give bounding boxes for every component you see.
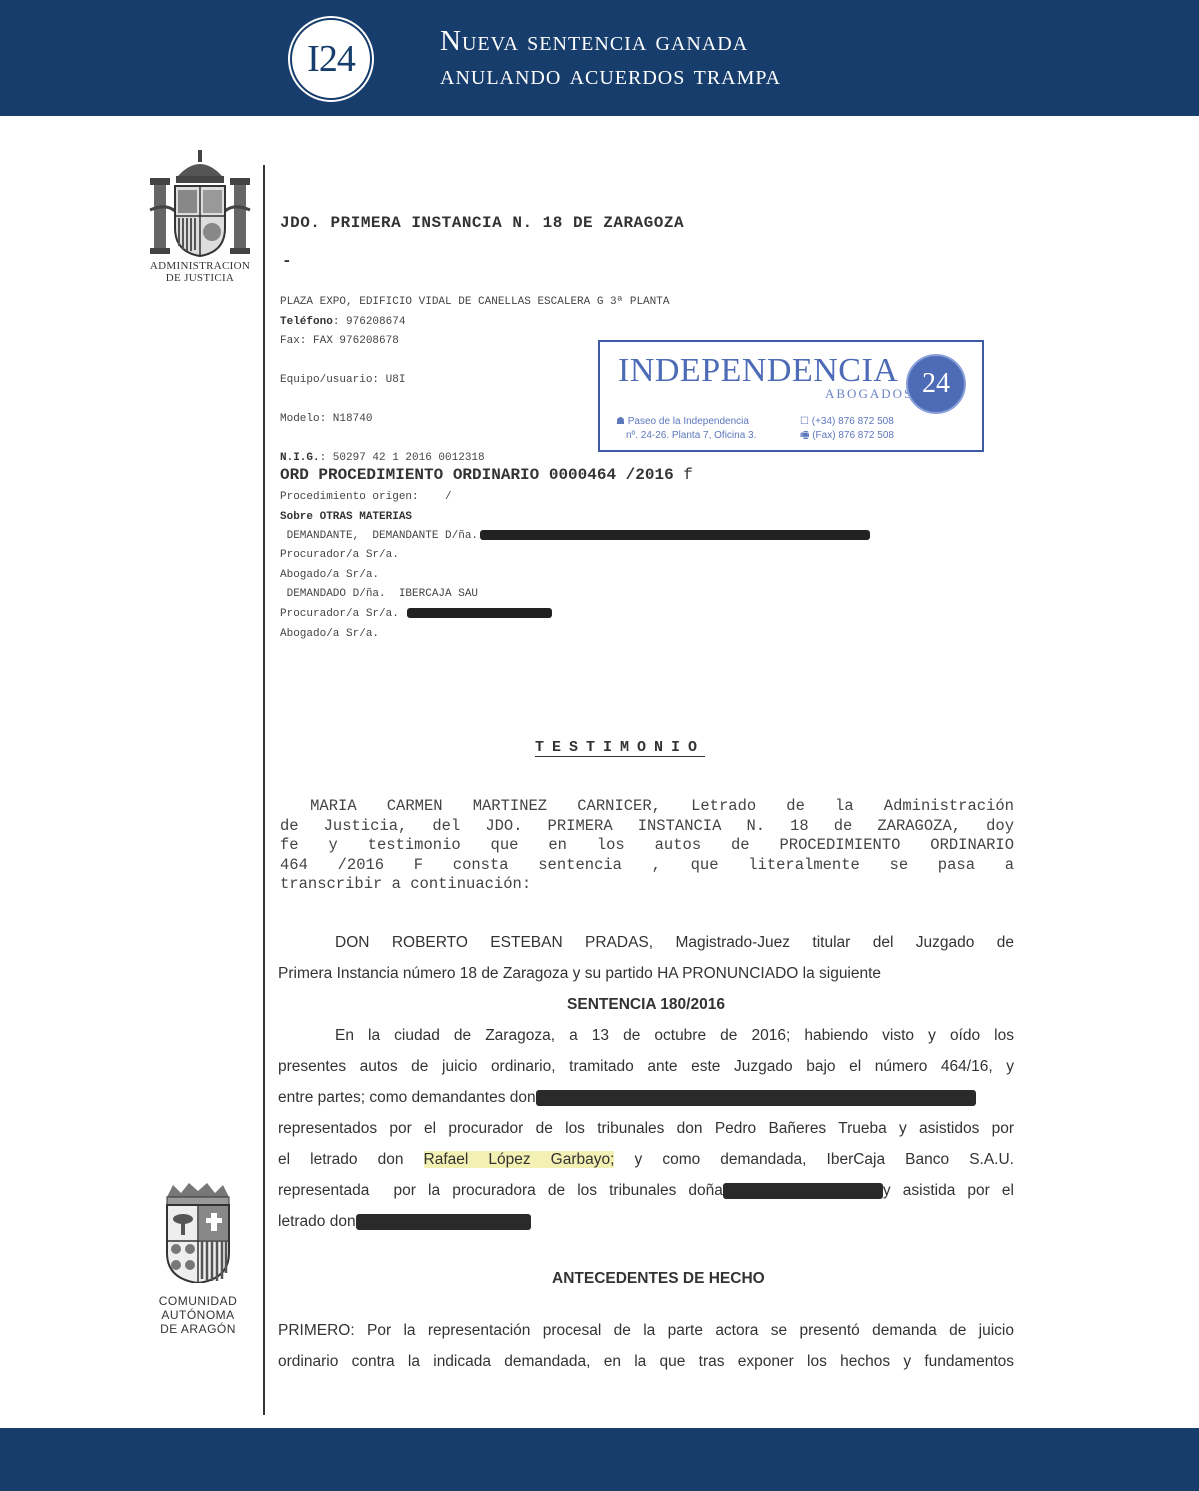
equipo-line: Equipo/usuario: U8I (280, 374, 405, 386)
testimonio-line: de Justicia, del JDO. PRIMERA INSTANCIA … (280, 817, 1014, 837)
caption-line: COMUNIDAD (150, 1294, 246, 1308)
headline-line-1: Nueva sentencia ganada (440, 24, 781, 58)
caption-line: AUTÓNOMA (150, 1308, 246, 1322)
sentencia-line: el letrado don Rafael López Garbayo; y c… (278, 1144, 1014, 1175)
testimonio-paragraph: MARIA CARMEN MARTINEZ CARNICER, Letrado … (280, 797, 1014, 895)
procedimiento-number: ORD PROCEDIMIENTO ORDINARIO 0000464 /201… (280, 466, 674, 484)
stamp-phone: ☐ (+34) 876 872 508 (800, 415, 894, 429)
testimonio-heading: TESTIMONIO (535, 739, 705, 756)
letrado-label: letrado don (278, 1213, 356, 1230)
highlighted-lawyer-name: Rafael López Garbayo; (424, 1151, 615, 1168)
procurador-line-2: Procurador/a Sr/a. (280, 608, 552, 620)
procedimiento-suffix: f (674, 466, 693, 484)
letrado-label: el letrado don (278, 1151, 424, 1168)
crest-caption-aragon: COMUNIDAD AUTÓNOMA DE ARAGÓN (150, 1294, 246, 1336)
caption-line: DE ARAGÓN (150, 1322, 246, 1336)
telefono-label: Teléfono (280, 316, 333, 328)
seal-number: 24 (922, 368, 950, 400)
procedimiento-origen: Procedimiento origen: / (280, 491, 452, 503)
testimonio-line: 464 /2016 F consta sentencia , que liter… (280, 856, 1014, 876)
testimonio-line: transcribir a continuación: (280, 875, 1014, 895)
court-address: PLAZA EXPO, EDIFICIO VIDAL DE CANELLAS E… (280, 296, 669, 308)
caption-line: DE JUSTICIA (145, 272, 255, 284)
aragon-crest: COMUNIDAD AUTÓNOMA DE ARAGÓN (150, 1183, 246, 1336)
demandado-line: DEMANDADO D/ña. IBERCAJA SAU (280, 588, 478, 600)
sentencia-line: Primera Instancia número 18 de Zaragoza … (278, 958, 1014, 989)
stamp-phones: ☐ (+34) 876 872 508 🖷 (Fax) 876 872 508 (800, 415, 894, 443)
nig-label: N.I.G. (280, 452, 320, 464)
procurador-line-1: Procurador/a Sr/a. (280, 549, 399, 561)
administracion-justicia-crest: ADMINISTRACION DE JUSTICIA (145, 148, 255, 288)
sentencia-intro: DON ROBERTO ESTEBAN PRADAS, Magistrado-J… (278, 927, 1014, 1237)
i24-logo: I24 (290, 18, 372, 100)
aragon-coat-of-arms-icon (163, 1183, 233, 1283)
stamp-address-line: nº. 24-26. Planta 7, Oficina 3. (616, 429, 756, 443)
sentencia-line: representados por el procurador de los t… (278, 1113, 1014, 1144)
margin-rule (263, 165, 265, 1415)
telefono-line: Teléfono: 976208674 (280, 316, 405, 328)
primero-line: ordinario contra la indicada demandada, … (278, 1346, 1014, 1377)
primero-paragraph: PRIMERO: Por la representación procesal … (278, 1315, 1014, 1377)
telefono-value: : 976208674 (333, 316, 406, 328)
bottom-banner (0, 1428, 1199, 1491)
redacted-block (536, 1090, 976, 1106)
redacted-block (480, 530, 870, 540)
court-title: JDO. PRIMERA INSTANCIA N. 18 DE ZARAGOZA (280, 214, 684, 232)
top-banner: I24 Nueva sentencia ganada anulando acue… (0, 0, 1199, 116)
stamp-address-line: ☗ Paseo de la Independencia (616, 415, 756, 429)
sentencia-line: letrado don (278, 1206, 1014, 1237)
nig-line: N.I.G.: 50297 42 1 2016 0012318 (280, 452, 485, 464)
asistida-text: y asistida por el (883, 1182, 1014, 1199)
demandante-line: DEMANDANTE, DEMANDANTE D/ña. (280, 530, 870, 542)
testimonio-line: fe y testimonio que en los autos de PROC… (280, 836, 1014, 856)
stamp-firm-sub: ABOGADOS (825, 386, 913, 402)
spain-coat-of-arms-icon (148, 148, 252, 260)
sentencia-line: DON ROBERTO ESTEBAN PRADAS, Magistrado-J… (278, 927, 1014, 958)
logo-text: I24 (307, 37, 355, 81)
sentencia-title: SENTENCIA 180/2016 (278, 989, 1014, 1020)
stamp-seal-icon: 24 (906, 354, 966, 414)
procurador-label: Procurador/a Sr/a. (280, 608, 399, 620)
procuradora-label: representada por la procuradora de los t… (278, 1182, 723, 1199)
redacted-block (723, 1183, 883, 1199)
header-dash: - (282, 252, 292, 270)
sentencia-line: entre partes; como demandantes don (278, 1082, 1014, 1113)
testimonio-line: MARIA CARMEN MARTINEZ CARNICER, Letrado … (280, 797, 1014, 817)
banner-headline: Nueva sentencia ganada anulando acuerdos… (440, 24, 781, 92)
demandada-text: y como demandada, IberCaja Banco S.A.U. (614, 1151, 1014, 1168)
demandante-label: DEMANDANTE, DEMANDANTE D/ña. (280, 530, 478, 542)
redacted-block (407, 608, 552, 618)
nig-value: : 50297 42 1 2016 0012318 (320, 452, 485, 464)
stamp-firm-name: INDEPENDENCIA (618, 352, 898, 390)
sentencia-line: En la ciudad de Zaragoza, a 13 de octubr… (278, 1020, 1014, 1051)
caption-line: ADMINISTRACION (145, 260, 255, 272)
primero-line: PRIMERO: Por la representación procesal … (278, 1315, 1014, 1346)
demandantes-label: entre partes; como demandantes don (278, 1089, 536, 1106)
stamp-address: ☗ Paseo de la Independencia nº. 24-26. P… (616, 415, 756, 443)
fax-line: Fax: FAX 976208678 (280, 335, 399, 347)
antecedentes-heading: ANTECEDENTES DE HECHO (552, 1270, 765, 1288)
modelo-line: Modelo: N18740 (280, 413, 372, 425)
headline-line-2: anulando acuerdos trampa (440, 58, 781, 92)
stamp-fax: 🖷 (Fax) 876 872 508 (800, 429, 894, 443)
abogado-line-2: Abogado/a Sr/a. (280, 628, 379, 640)
sobre-line: Sobre OTRAS MATERIAS (280, 511, 412, 523)
abogado-line-1: Abogado/a Sr/a. (280, 569, 379, 581)
crest-caption-justicia: ADMINISTRACION DE JUSTICIA (145, 260, 255, 284)
redacted-block (356, 1214, 531, 1230)
law-firm-stamp: INDEPENDENCIA ABOGADOS 24 ☗ Paseo de la … (598, 340, 984, 452)
procedimiento-title: ORD PROCEDIMIENTO ORDINARIO 0000464 /201… (280, 466, 693, 484)
sentencia-line: representada por la procuradora de los t… (278, 1175, 1014, 1206)
sentencia-line: presentes autos de juicio ordinario, tra… (278, 1051, 1014, 1082)
